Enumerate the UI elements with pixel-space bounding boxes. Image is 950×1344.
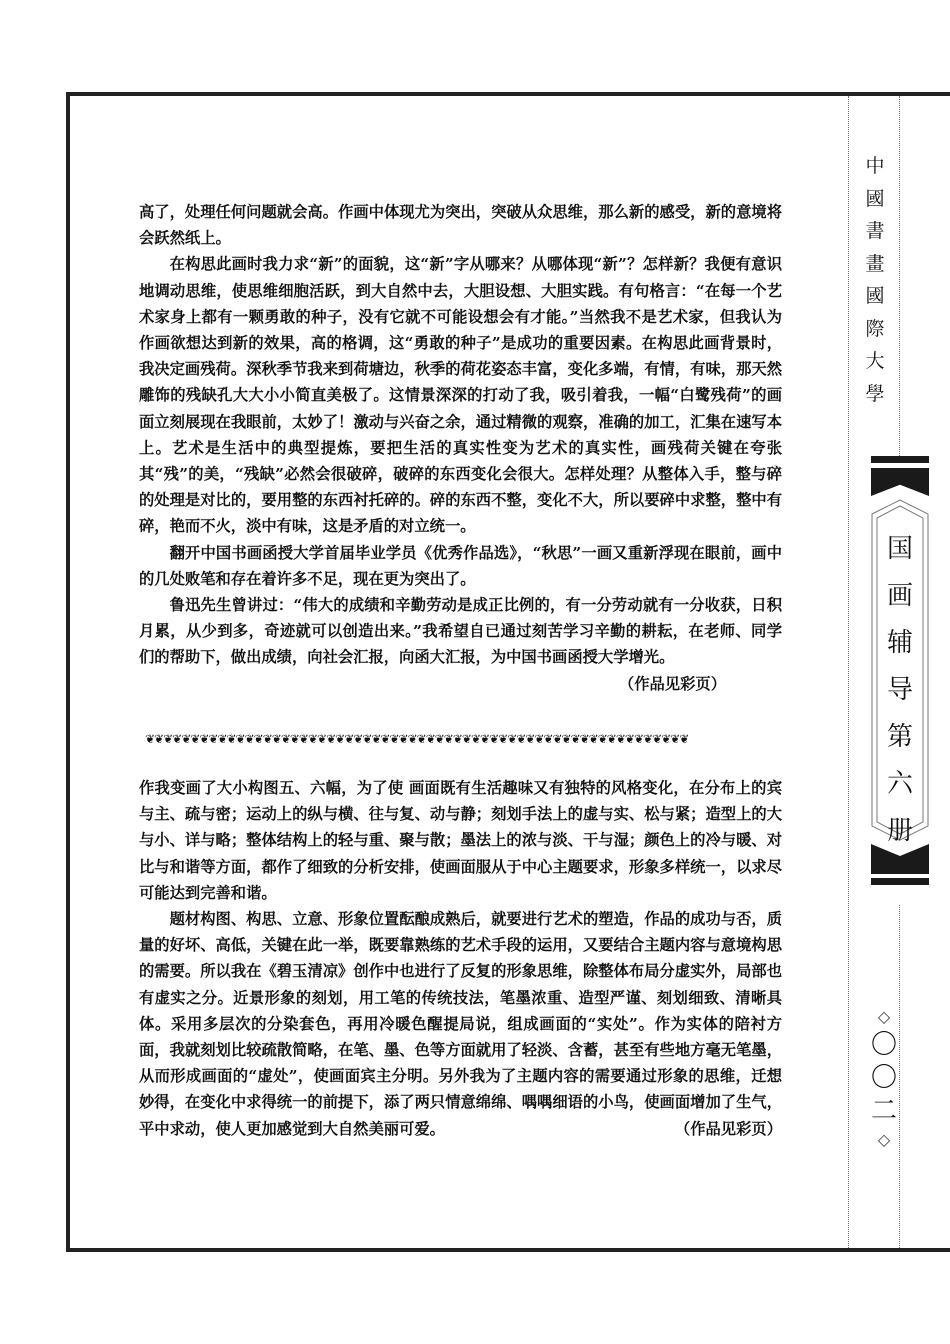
ornament-band-top-bar bbox=[871, 456, 929, 463]
sidebar-rule-inner bbox=[848, 96, 849, 1248]
page-number: ◇ 〇 〇 二 ◇ bbox=[866, 1005, 902, 1152]
sidebar-rule-outer-top bbox=[899, 96, 900, 456]
artwork-note: （作品见彩页） bbox=[644, 1116, 782, 1142]
article-continued: 高了，处理任何问题就会高。作画中体现尤为突出，突破从众思维，那么新的感受，新的意… bbox=[139, 199, 782, 697]
paragraph: 翻开中国书画函授大学首届毕业学员《优秀作品选》，“秋思”一画又重新浮现在眼前，画… bbox=[139, 540, 782, 592]
paragraph: 高了，处理任何问题就会高。作画中体现尤为突出，突破从众思维，那么新的感受，新的意… bbox=[139, 199, 782, 251]
paragraph: 鲁迅先生曾讲过：“伟大的成绩和辛勤劳动是成正比例的，有一分劳动就有一分收获，日积… bbox=[139, 592, 782, 671]
article-second: 作我变画了大小构图五、六幅，为了使 画面既有生活趣味又有独特的风格变化，在分布上… bbox=[139, 775, 782, 1142]
institution-title-vertical: 中 國 書 畫 國 際 大 學 bbox=[860, 150, 890, 410]
ornament-band-bottom-bar bbox=[871, 878, 929, 885]
artwork-note: （作品见彩页） bbox=[139, 671, 782, 697]
paragraph: 在构思此画时我力求“新”的面貌，这“新”字从哪来？从哪体现“新”？怎样新？我便有… bbox=[139, 251, 782, 539]
paragraph: 题材构图、构思、立意、形象位置酝酿成熟后，就要进行艺术的塑造，作品的成功与否，质… bbox=[139, 906, 782, 1142]
diamond-icon: ◇ bbox=[866, 1128, 902, 1152]
volume-label: 国 画 辅 导 第 六 册 bbox=[870, 498, 930, 842]
diamond-icon: ◇ bbox=[866, 1005, 902, 1029]
paragraph: 作我变画了大小构图五、六幅，为了使 画面既有生活趣味又有独特的风格变化，在分布上… bbox=[139, 775, 782, 906]
ornamental-divider: ❦❦❦❦❦❦❦❦❦❦❦❦❦❦❦❦❦❦❦❦❦❦❦❦❦❦❦❦❦❦❦❦❦❦❦❦❦❦❦❦… bbox=[145, 732, 780, 746]
